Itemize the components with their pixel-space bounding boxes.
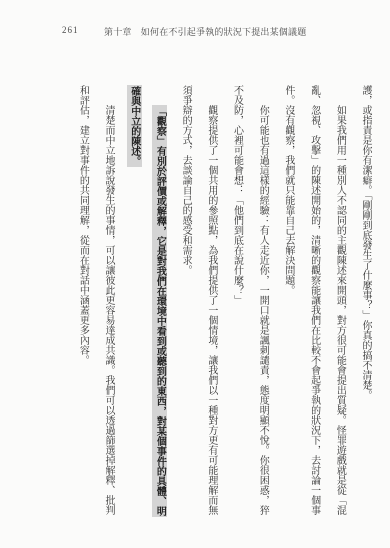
text-column-7: 觀察提供了一個共用的參照點，為我們提供了一個情境，讓我們以一種對方更有可能理解而… <box>198 85 224 535</box>
page-number: 261 <box>62 25 79 35</box>
text-column-2: 如果我們用一種別人不認同的主觀陳述來開頭，對方很可能會提出質疑。怪罪遊戲就是從「… <box>326 85 352 535</box>
chapter-title: 第十章 如何在不引起爭執的狀況下提出某個議題 <box>104 25 306 38</box>
highlighted-text: 確與中立的陳述。 <box>127 85 142 167</box>
text-column-5: 你可能也有過這樣的經驗：有人走近你，一開口就是諷刺譴責，態度明顯不悅。你很困惑，… <box>249 85 275 535</box>
highlighted-text: 「觀察」有別於評價或解釋，它是對我們在環境中看到或聽到的東西，對某個事件的具體、… <box>152 105 167 517</box>
text-column-10: 確與中立的陳述。 <box>121 85 147 515</box>
text-column-3: 亂、忽視、攻擊」的陳述開始的，清晰的觀察能讓我們在比較不會起爭執的狀況下，去討論… <box>301 85 327 515</box>
text-column-9: 「觀察」有別於評價或解釋，它是對我們在環境中看到或聽到的東西，對某個事件的具體、… <box>146 85 172 535</box>
text-column-4: 件。沒有觀察，我們就只能靠自己去解決問題。 <box>275 85 301 515</box>
book-page: 261 第十章 如何在不引起爭執的狀況下提出某個議題 護，或指責是你有潔癖。「剛… <box>0 0 390 548</box>
text-column-8: 須爭辯的方式，去談論自己的感受和需求。 <box>172 85 198 515</box>
text-column-6: 不及防，心裡可能會想：「他們到底在說什麼？」 <box>224 85 250 515</box>
running-header: 261 第十章 如何在不引起爭執的狀況下提出某個議題 <box>0 25 390 39</box>
text-column-11: 清楚而中立地訴說發生的事情，可以讓彼此更容易達成共識。我們可以透過篩選掉解釋、批… <box>95 85 121 535</box>
text-column-1: 護，或指責是你有潔癖。「剛剛到底發生了什麼事？」你真的搞不清楚。 <box>352 85 378 515</box>
text-column-12: 和評估，建立對事件的共同理解，從而在對話中涵蓋更多內容。 <box>69 85 95 515</box>
body-text-block: 護，或指責是你有潔癖。「剛剛到底發生了什麼事？」你真的搞不清楚。如果我們用一種別… <box>66 85 378 515</box>
